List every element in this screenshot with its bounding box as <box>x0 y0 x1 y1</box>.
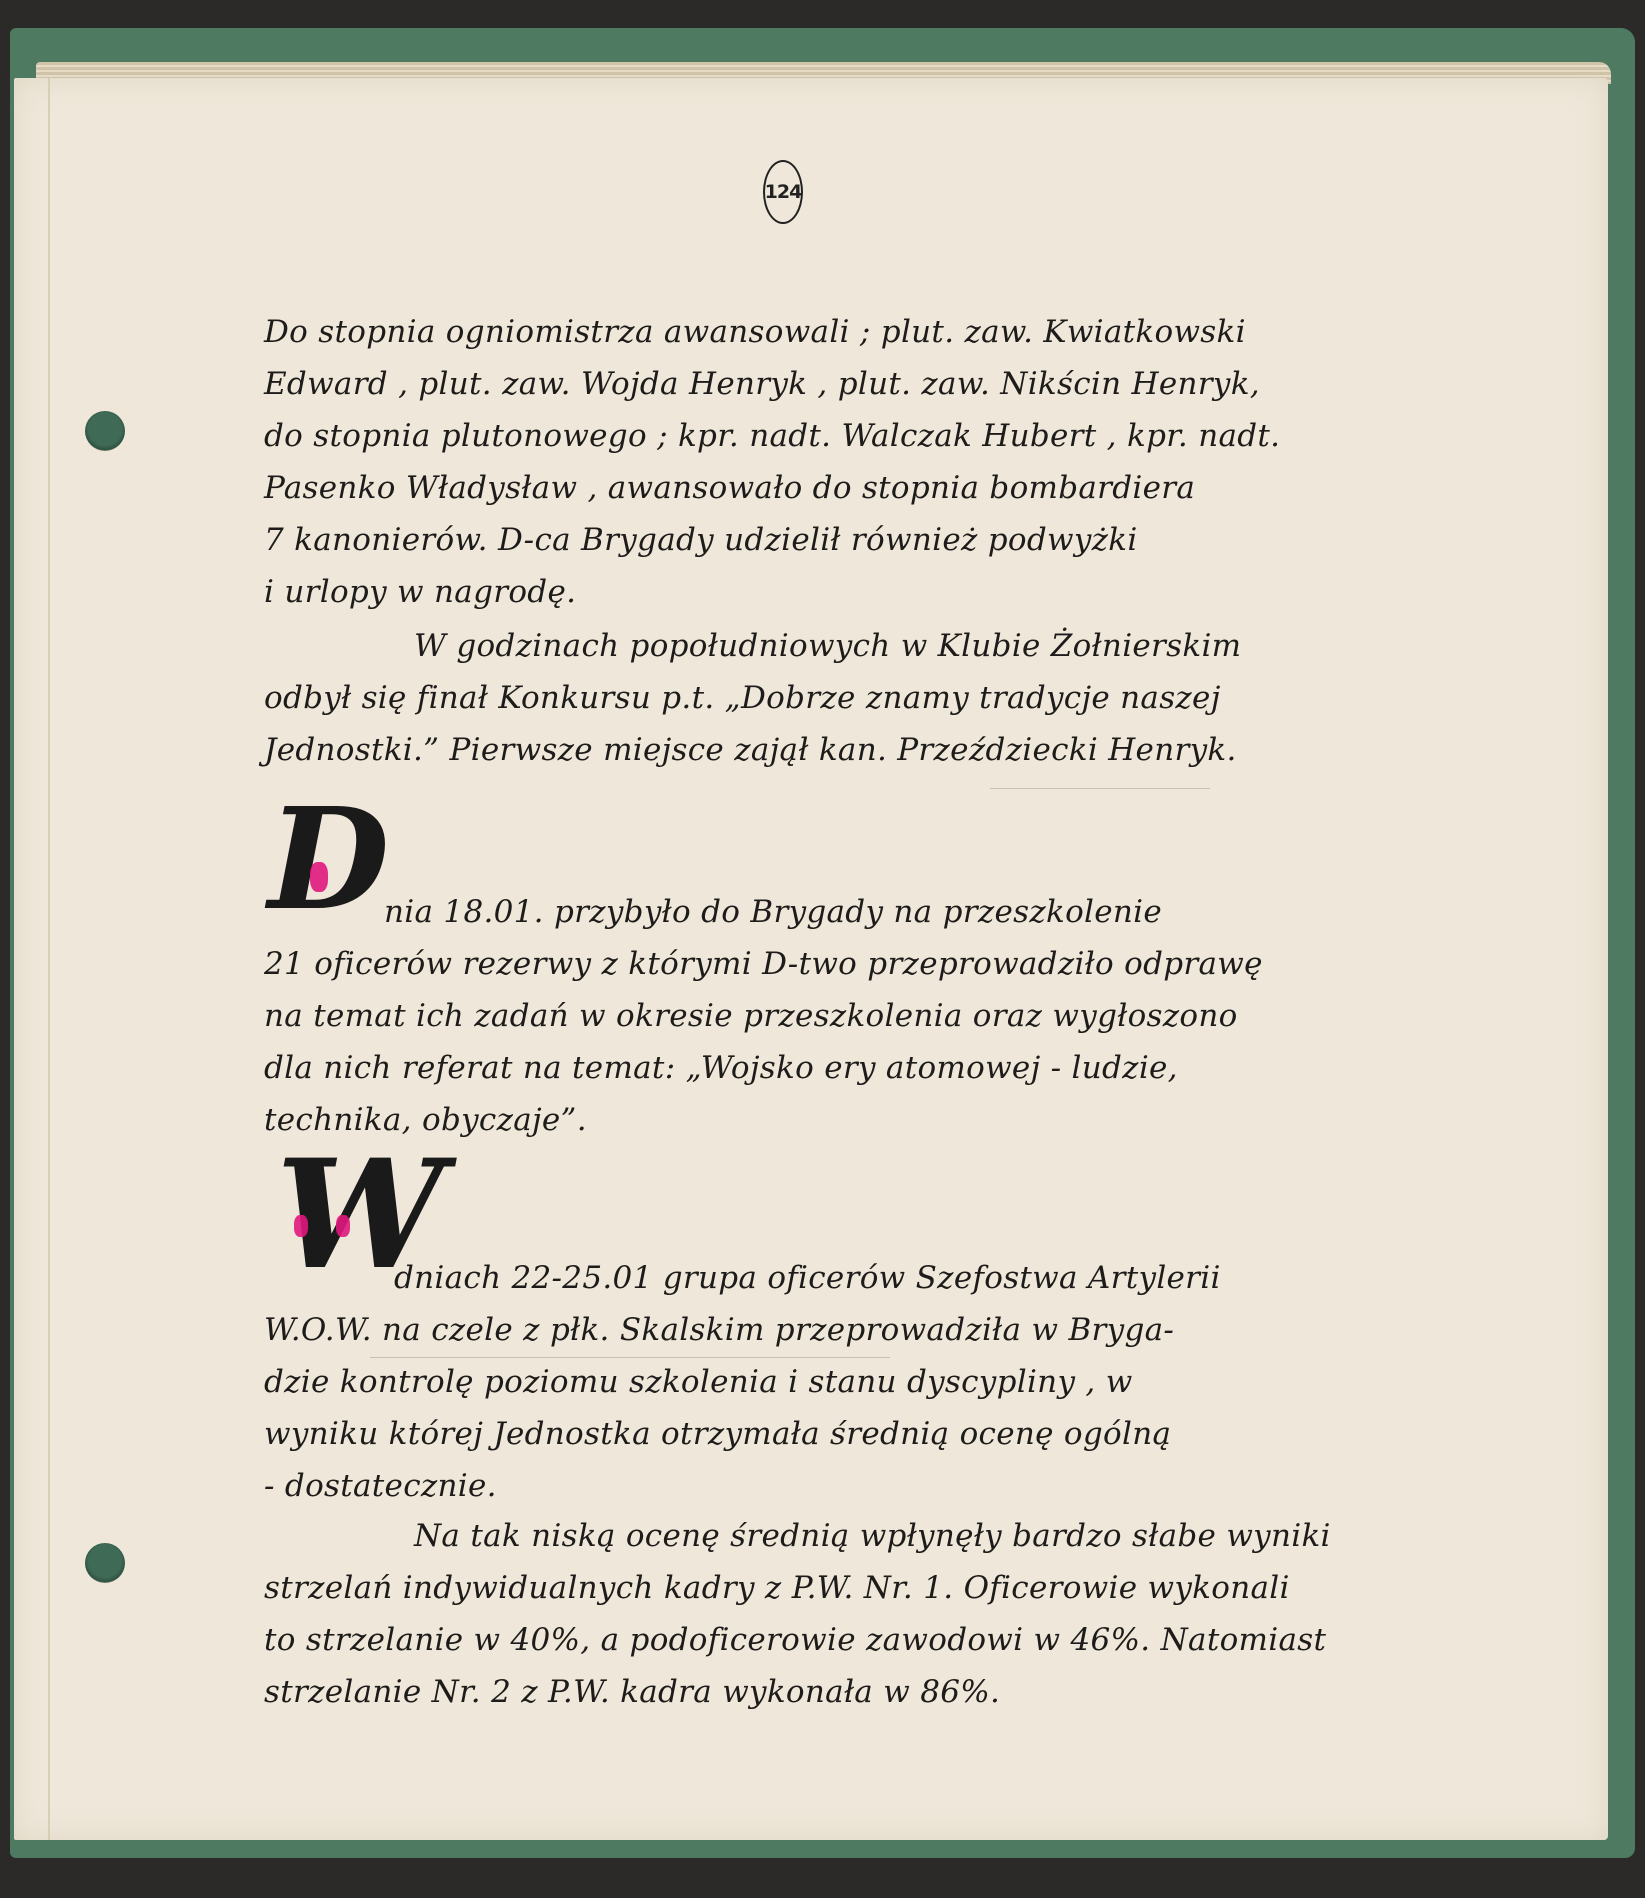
magenta-accent <box>294 1215 308 1237</box>
text-line: dla nich referat na temat: „Wojsko ery a… <box>264 1042 1454 1094</box>
text-line: W godzinach popołudniowych w Klubie Żołn… <box>264 620 1454 672</box>
text-line: 7 kanonierów. D-ca Brygady udzielił równ… <box>264 514 1454 566</box>
paragraph-shooting-results: Na tak niską ocenę średnią wpłynęły bard… <box>264 1510 1454 1718</box>
text-line: - dostatecznie. <box>264 1460 1454 1512</box>
paragraph-contest: W godzinach popołudniowych w Klubie Żołn… <box>264 620 1454 776</box>
text-line: wyniku której Jednostka otrzymała średni… <box>264 1408 1454 1460</box>
pencil-mark <box>370 1357 890 1358</box>
text-line: odbył się finał Konkursu p.t. „Dobrze zn… <box>264 672 1454 724</box>
text-line: 21 oficerów rezerwy z którymi D-two prze… <box>264 938 1454 990</box>
text-line: to strzelanie w 40%, a podoficerowie zaw… <box>264 1614 1454 1666</box>
magenta-accent <box>336 1215 350 1237</box>
text-line: do stopnia plutonowego ; kpr. nadt. Walc… <box>264 410 1454 462</box>
text-line: W.O.W. na czele z płk. Skalskim przeprow… <box>264 1304 1454 1356</box>
text-line: Edward , plut. zaw. Wojda Henryk , plut.… <box>264 358 1454 410</box>
pencil-mark <box>990 788 1210 789</box>
text-line: Pasenko Władysław , awansowało do stopni… <box>264 462 1454 514</box>
text-line: Do stopnia ogniomistrza awansowali ; plu… <box>264 306 1454 358</box>
text-line: strzelań indywidualnych kadry z P.W. Nr.… <box>264 1562 1454 1614</box>
paragraph-promotions: Do stopnia ogniomistrza awansowali ; plu… <box>264 306 1454 618</box>
text-line: i urlopy w nagrodę. <box>264 566 1454 618</box>
punch-hole-top <box>85 411 125 451</box>
punch-hole-bottom <box>85 1543 125 1583</box>
binding-fold <box>48 78 50 1840</box>
page-number: 124 <box>763 160 803 224</box>
text-line: dzie kontrolę poziomu szkolenia i stanu … <box>264 1356 1454 1408</box>
text-line: strzelanie Nr. 2 z P.W. kadra wykonała w… <box>264 1666 1454 1718</box>
text-line: dniach 22-25.01 grupa oficerów Szefostwa… <box>264 1252 1454 1304</box>
text-line: Na tak niską ocenę średnią wpłynęły bard… <box>264 1510 1454 1562</box>
text-line: Jednostki.” Pierwsze miejsce zajął kan. … <box>264 724 1454 776</box>
text-line: na temat ich zadań w okresie przeszkolen… <box>264 990 1454 1042</box>
text-line: nia 18.01. przybyło do Brygady na przesz… <box>264 886 1454 938</box>
paragraph-reserve-officers: nia 18.01. przybyło do Brygady na przesz… <box>264 886 1454 1146</box>
paragraph-inspection: dniach 22-25.01 grupa oficerów Szefostwa… <box>264 1252 1454 1512</box>
